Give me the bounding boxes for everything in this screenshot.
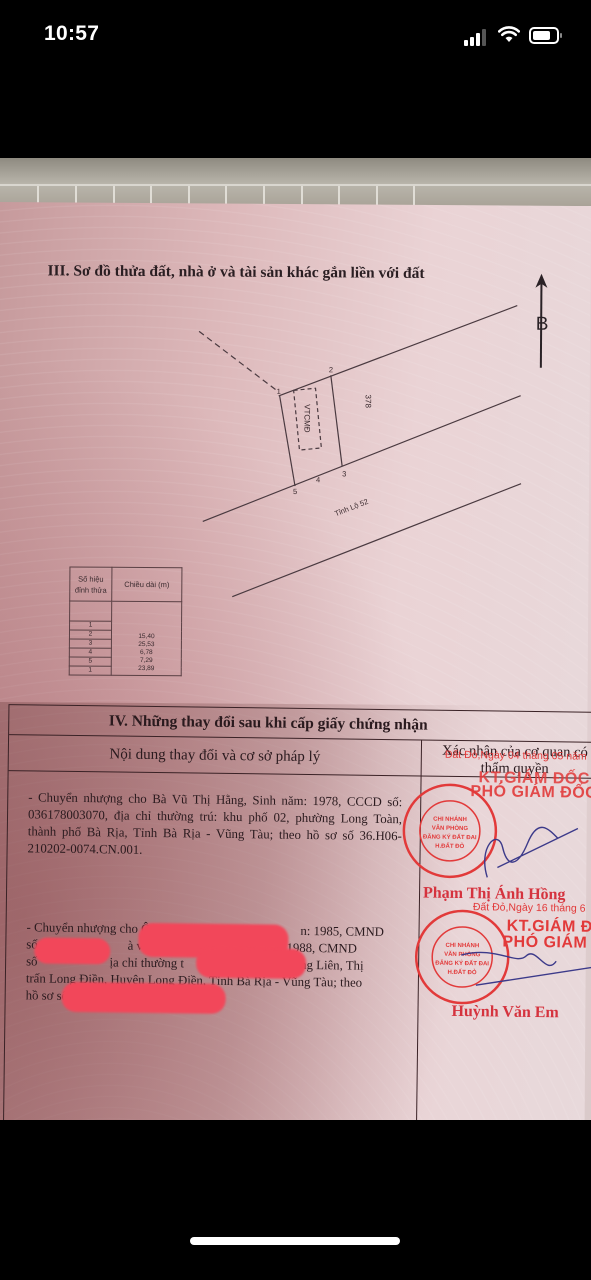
vertex-cell: 3 [69,639,111,648]
svg-text:378: 378 [364,395,373,409]
wifi-icon [498,25,520,43]
document-photo: III. Sơ đồ thửa đất, nhà ở và tài sản kh… [0,158,591,1120]
home-indicator[interactable] [190,1237,400,1245]
vertex-cell: 1 [69,666,111,675]
redaction-mark [196,948,306,979]
vertex-cell: 4 [69,648,111,657]
length-values: 15,4025,536,787,2923,89 [111,601,182,675]
vertex-cell: 5 [69,657,111,666]
vertex-cell: 2 [69,630,111,639]
svg-text:2: 2 [329,365,333,374]
vertex-cell: 1 [70,621,112,630]
svg-text:VTCMĐ: VTCMĐ [302,404,311,433]
signature-1 [447,807,588,889]
svg-text:3: 3 [342,469,346,478]
stamp-date-1: Đất Đỏ,Ngày 04 tháng 05 năm [445,749,587,763]
header-length: Chiều dài (m) [112,567,182,601]
column-header-content: Nội dung thay đổi và cơ sở pháp lý [9,735,421,776]
vertex-length-table: Số hiệu đỉnh thửa Chiều dài (m) 15,4025,… [69,566,183,676]
change-entry-1: - Chuyển nhượng cho Bà Vũ Thị Hằng, Sinh… [27,789,402,862]
battery-icon [529,27,559,44]
redaction-mark [61,982,225,1014]
change-entry-2: - Chuyển nhượng cho Ôn: 1985, CMND sốà v… [26,919,401,1009]
signer-name-2: Huỳnh Văn Em [451,1003,559,1022]
header-vertex: Số hiệu đỉnh thửa [70,567,112,601]
section4-changes-table: IV. Những thay đổi sau khi cấp giấy chứn… [3,704,591,1120]
land-certificate-page: III. Sơ đồ thửa đất, nhà ở và tài sản kh… [0,202,591,1120]
svg-text:5: 5 [293,487,297,496]
background-wall [0,158,591,206]
status-bar: 10:57 [0,0,591,70]
redaction-mark [34,937,110,964]
svg-text:1: 1 [277,387,281,396]
signature-2 [456,935,591,997]
svg-text:Tỉnh Lộ 52: Tỉnh Lộ 52 [333,497,369,518]
status-time: 10:57 [44,22,99,46]
svg-text:4: 4 [316,475,320,484]
cellular-signal-icon [464,28,490,46]
